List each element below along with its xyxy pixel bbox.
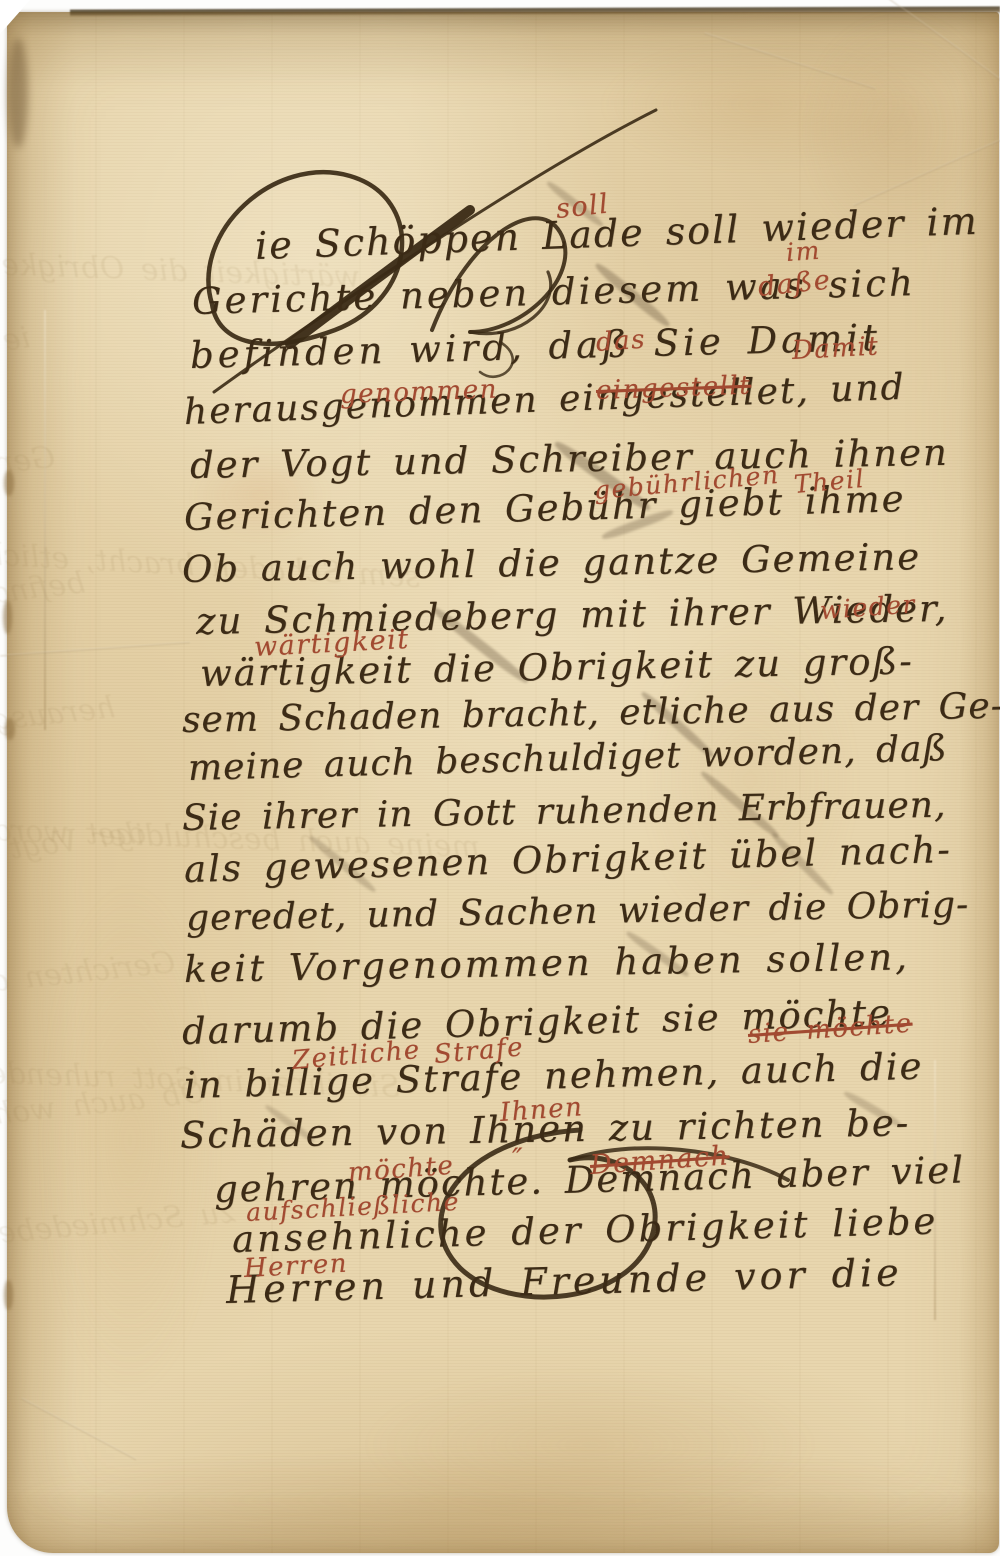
rubric-annotation-1: soll xyxy=(554,189,610,225)
corner-smudge xyxy=(8,38,28,148)
rubric-annotation-16: ″ xyxy=(512,1142,524,1175)
rubric-annotation-5: Damit xyxy=(791,331,880,366)
corner-chip-top-left xyxy=(0,0,30,34)
rubric-annotation-20: Herren xyxy=(243,1249,348,1284)
rubric-annotation-15: Ihnen xyxy=(499,1092,584,1128)
rubric-annotation-2: im xyxy=(785,236,822,267)
rubric-annotation-4: das xyxy=(595,325,647,358)
rubric-annotation-9: Theil xyxy=(793,464,866,499)
edge-chip xyxy=(4,470,14,496)
edge-chip xyxy=(3,600,12,634)
edge-chip xyxy=(4,1280,13,1310)
manuscript-scan: ie Schöppen Lade soll wieder im dieGeric… xyxy=(0,0,1000,1556)
crease xyxy=(44,310,46,730)
edge-chip xyxy=(5,718,15,740)
rubric-annotation-7: eingestellt xyxy=(595,371,751,406)
stain xyxy=(0,1450,1000,1550)
rubric-annotation-6: genommen xyxy=(339,374,498,409)
